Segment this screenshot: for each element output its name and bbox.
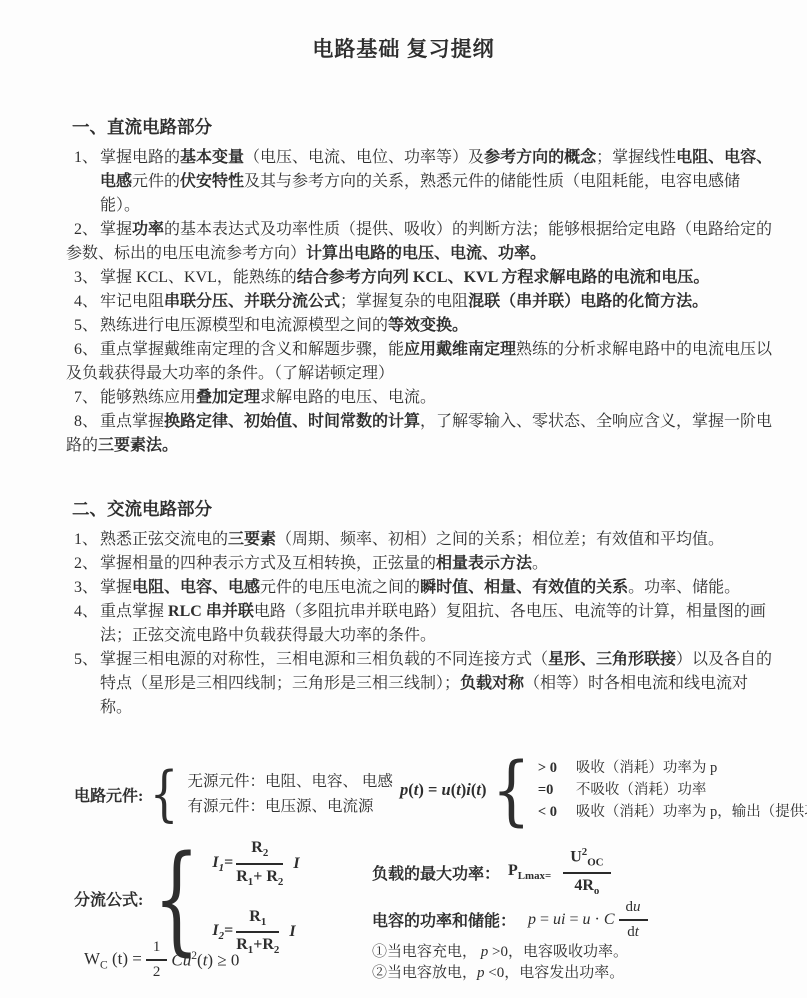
document-content: 一、直流电路部分 1、掌握电路的基本变量（电压、电流、电位、功率等）及参考方向的… — [66, 116, 781, 720]
list-item: 3、掌握电阻、电容、电感元件的电压电流之间的瞬时值、相量、有效值的关系。功率、储… — [66, 576, 780, 600]
formula-area: 电路元件: { 无源元件：电阻、电容、 电感 有源元件：电压源、电流源 p(t)… — [0, 748, 807, 980]
case-text: 吸收（消耗）功率为 p，输出（提供功率为-P — [576, 801, 807, 823]
left-brace: { — [492, 752, 531, 828]
fraction: R1 R1+R2 — [236, 907, 279, 959]
item-text: 掌握电阻、电容、电感元件的电压电流之间的瞬时值、相量、有效值的关系。功率、储能。 — [100, 579, 740, 596]
circuit-elements-rows: 无源元件：电阻、电容、 电感 有源元件：电压源、电流源 — [188, 769, 393, 819]
list-item: 8、重点掌握换路定律、初始值、时间常数的计算，了解零输入、零状态、全响应含义，掌… — [66, 410, 780, 458]
case-condition: > 0 — [538, 757, 576, 779]
item-text: 掌握电路的基本变量（电压、电流、电位、功率等）及参考方向的概念；掌握线性电阻、电… — [100, 149, 772, 214]
section-ac: 二、交流电路部分 1、熟悉正弦交流电的三要素（周期、频率、初相）之间的关系；相位… — [66, 498, 781, 720]
list-item: 5、熟练进行电压源模型和电流源模型之间的等效变换。 — [66, 314, 780, 338]
capacitor-power-formula: 电容的功率和储能： p = ui = u · C du dt — [372, 898, 648, 942]
section-dc-items: 1、掌握电路的基本变量（电压、电流、电位、功率等）及参考方向的概念；掌握线性电阻… — [66, 146, 780, 458]
note-charging: ①当电容充电， p >0，电容吸收功率。 — [372, 942, 628, 963]
document-page: 电路基础 复习提纲 一、直流电路部分 1、掌握电路的基本变量（电压、电流、电位、… — [0, 0, 807, 998]
item-text: 能够熟练应用叠加定理求解电路的电压、电流。 — [100, 389, 436, 406]
fraction: U2OC 4Ro — [563, 846, 610, 899]
capacitor-power-equation: p = ui = u · C — [528, 911, 615, 929]
item-text: 重点掌握戴维南定理的含义和解题步骤，能应用戴维南定理熟练的分析求解电路中的电流电… — [66, 341, 772, 382]
fraction: du dt — [619, 898, 648, 942]
item-number: 4、 — [74, 603, 98, 620]
energy-lhs: WC (t) = — [84, 949, 142, 971]
power-case-zero: =0 不吸收（消耗）功率 — [538, 779, 807, 801]
document-title: 电路基础 复习提纲 — [40, 34, 767, 64]
fraction: R2 R1+ R2 — [236, 838, 283, 890]
active-elements-row: 有源元件：电压源、电流源 — [188, 794, 393, 819]
max-power-formula: 负载的最大功率： PLmax= U2OC 4Ro — [372, 846, 611, 899]
fraction-numerator: R1 — [236, 907, 279, 934]
list-item: 4、牢记电阻串联分压、并联分流公式；掌握复杂的电阻混联（串并联）电路的化简方法。 — [66, 290, 780, 314]
fraction-numerator: U2OC — [563, 846, 610, 874]
case-condition: < 0 — [538, 801, 576, 823]
fraction: 1 2 — [146, 938, 168, 982]
circuit-elements-formula: 电路元件: { 无源元件：电阻、电容、 电感 有源元件：电压源、电流源 — [74, 764, 393, 824]
item-number: 4、 — [74, 293, 98, 310]
capacitor-notes: ①当电容充电， p >0，电容吸收功率。 ②当电容放电，p <0，电容发出功率。 — [372, 942, 628, 984]
capacitor-energy-formula: WC (t) = 1 2 Cu2(t) ≥ 0 — [84, 938, 239, 982]
item-number: 3、 — [74, 269, 98, 286]
item-text: 掌握三相电源的对称性，三相电源和三相负载的不同连接方式（星形、三角形联接）以及各… — [100, 651, 772, 716]
list-item: 4、重点掌握 RLC 串并联电路（多阻抗串并联电路）复阻抗、各电压、电流等的计算… — [66, 600, 780, 648]
circuit-elements-label: 电路元件: — [74, 783, 143, 806]
list-item: 6、重点掌握戴维南定理的含义和解题步骤，能应用戴维南定理熟练的分析求解电路中的电… — [66, 338, 780, 386]
list-item: 7、能够熟练应用叠加定理求解电路的电压、电流。 — [66, 386, 780, 410]
item-number: 3、 — [74, 579, 98, 596]
item-text: 掌握功率的基本表达式及功率性质（提供、吸收）的判断方法；能够根据给定电路（电路给… — [66, 221, 772, 262]
section-dc-heading: 一、直流电路部分 — [72, 116, 781, 138]
list-item: 2、掌握相量的四种表示方式及互相转换，正弦量的相量表示方法。 — [66, 552, 780, 576]
max-power-label: 负载的最大功率： — [372, 861, 500, 884]
power-cases: > 0 吸收（消耗）功率为 p =0 不吸收（消耗）功率 < 0 吸收（消耗）功… — [538, 757, 807, 823]
passive-elements-row: 无源元件：电阻、电容、 电感 — [188, 769, 393, 794]
item-text: 牢记电阻串联分压、并联分流公式；掌握复杂的电阻混联（串并联）电路的化简方法。 — [100, 293, 708, 310]
item-number: 8、 — [74, 413, 98, 430]
item-number: 6、 — [74, 341, 98, 358]
fraction-denominator: 4Ro — [563, 874, 610, 899]
list-item: 1、掌握电路的基本变量（电压、电流、电位、功率等）及参考方向的概念；掌握线性电阻… — [66, 146, 780, 218]
fraction-denominator: 2 — [146, 961, 168, 982]
left-brace: { — [150, 764, 179, 824]
fraction-numerator: R2 — [236, 838, 283, 865]
fraction-denominator: R1+ R2 — [236, 865, 283, 890]
section-ac-items: 1、熟悉正弦交流电的三要素（周期、频率、初相）之间的关系；相位差；有效值和平均值… — [66, 528, 780, 720]
item-number: 5、 — [74, 317, 98, 334]
equation-tail: I — [293, 855, 299, 873]
list-item: 3、掌握 KCL、KVL，能熟练的结合参考方向列 KCL、KVL 方程求解电路的… — [66, 266, 780, 290]
item-number: 2、 — [74, 555, 98, 572]
item-number: 2、 — [74, 221, 98, 238]
instant-power-formula: p(t) = u(t)i(t) { > 0 吸收（消耗）功率为 p =0 不吸收… — [400, 752, 807, 828]
power-case-positive: > 0 吸收（消耗）功率为 p — [538, 757, 807, 779]
item-text: 熟练进行电压源模型和电流源模型之间的等效变换。 — [100, 317, 468, 334]
current-divider-label: 分流公式: — [74, 887, 143, 910]
item-number: 7、 — [74, 389, 98, 406]
case-condition: =0 — [538, 779, 576, 801]
fraction-numerator: du — [619, 898, 648, 921]
list-item: 1、熟悉正弦交流电的三要素（周期、频率、初相）之间的关系；相位差；有效值和平均值… — [66, 528, 780, 552]
equation-lhs: I1= — [212, 854, 233, 874]
item-text: 重点掌握换路定律、初始值、时间常数的计算，了解零输入、零状态、全响应含义，掌握一… — [66, 413, 772, 454]
power-equation-lhs: p(t) = u(t)i(t) — [400, 780, 486, 800]
energy-rhs: Cu2(t) ≥ 0 — [171, 949, 239, 971]
capacitor-power-label: 电容的功率和储能： — [372, 908, 516, 931]
fraction-denominator: dt — [619, 921, 648, 942]
divider-equation-1: I1= R2 R1+ R2 I — [212, 838, 299, 890]
max-power-lhs: PLmax= — [508, 862, 551, 882]
section-dc: 一、直流电路部分 1、掌握电路的基本变量（电压、电流、电位、功率等）及参考方向的… — [66, 116, 781, 458]
note-discharging: ②当电容放电，p <0，电容发出功率。 — [372, 963, 628, 984]
item-number: 1、 — [74, 149, 98, 166]
case-text: 不吸收（消耗）功率 — [576, 779, 707, 801]
equation-tail: I — [289, 923, 295, 941]
item-number: 5、 — [74, 651, 98, 668]
case-text: 吸收（消耗）功率为 p — [576, 757, 717, 779]
list-item: 2、掌握功率的基本表达式及功率性质（提供、吸收）的判断方法；能够根据给定电路（电… — [66, 218, 780, 266]
item-text: 熟悉正弦交流电的三要素（周期、频率、初相）之间的关系；相位差；有效值和平均值。 — [100, 531, 724, 548]
power-case-negative: < 0 吸收（消耗）功率为 p，输出（提供功率为-P — [538, 801, 807, 823]
item-text: 掌握 KCL、KVL，能熟练的结合参考方向列 KCL、KVL 方程求解电路的电流… — [100, 269, 709, 286]
fraction-numerator: 1 — [146, 938, 168, 961]
section-ac-heading: 二、交流电路部分 — [72, 498, 781, 520]
list-item: 5、掌握三相电源的对称性，三相电源和三相负载的不同连接方式（星形、三角形联接）以… — [66, 648, 780, 720]
item-text: 重点掌握 RLC 串并联电路（多阻抗串并联电路）复阻抗、各电压、电流等的计算，相… — [100, 603, 766, 644]
item-text: 掌握相量的四种表示方式及互相转换，正弦量的相量表示方法。 — [100, 555, 548, 572]
fraction-denominator: R1+R2 — [236, 933, 279, 958]
item-number: 1、 — [74, 531, 98, 548]
